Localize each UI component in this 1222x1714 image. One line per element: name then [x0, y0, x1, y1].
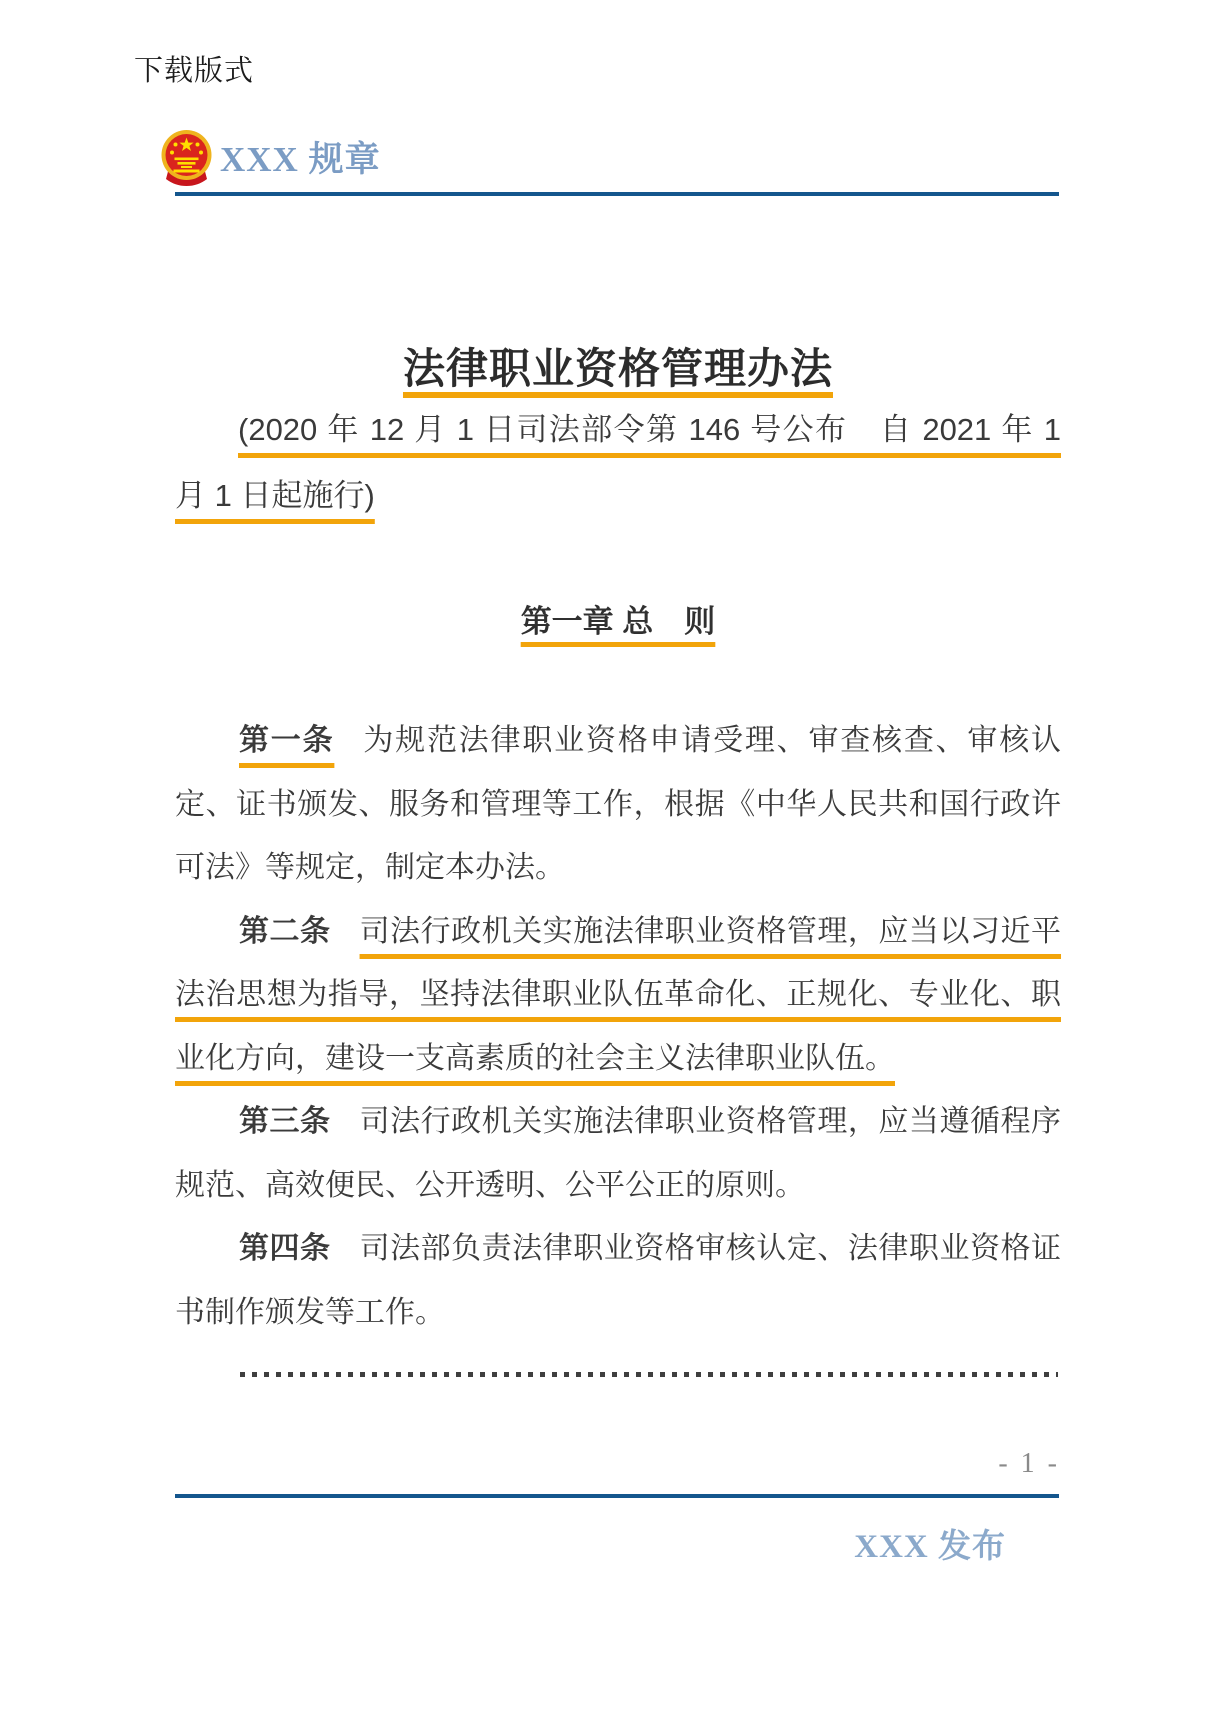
- article-1-label: 第一条: [239, 724, 334, 757]
- article-3: 第三条司法行政机关实施法律职业资格管理，应当遵循程序规范、高效便民、公开透明、公…: [175, 1090, 1061, 1217]
- chapter-heading-text: 第一章 总 则: [521, 604, 716, 639]
- document-title: 法律职业资格管理办法: [175, 336, 1061, 396]
- document-body: 第一条为规范法律职业资格申请受理、审查核查、审核认定、证书颁发、服务和管理等工作…: [175, 709, 1061, 1344]
- header-divider-line: [175, 192, 1059, 196]
- article-4-label: 第四条: [239, 1232, 331, 1265]
- national-emblem-icon: [160, 128, 213, 186]
- article-2: 第二条司法行政机关实施法律职业资格管理，应当以习近平法治思想为指导，坚持法律职业…: [175, 900, 1061, 1091]
- footer-divider-line: [175, 1494, 1059, 1498]
- article-1: 第一条为规范法律职业资格申请受理、审查核查、审核认定、证书颁发、服务和管理等工作…: [175, 709, 1061, 900]
- document-title-text: 法律职业资格管理办法: [403, 345, 833, 392]
- document-subtitle: (2020 年 12 月 1 日司法部令第 146 号公布 自 2021 年 1…: [175, 397, 1061, 529]
- article-4: 第四条司法部负责法律职业资格审核认定、法律职业资格证书制作颁发等工作。: [175, 1217, 1061, 1344]
- document-page: 下载版式 XXX 规章 法律职业资格管理办法 (2020 年 12 月 1 日司…: [0, 0, 1222, 1714]
- publisher-label: XXX 发布: [0, 1520, 1006, 1567]
- article-3-label: 第三条: [239, 1105, 331, 1138]
- chapter-heading: 第一章 总 则: [175, 596, 1061, 641]
- download-format-link[interactable]: 下载版式: [134, 48, 254, 89]
- document-header: XXX 规章: [160, 128, 381, 186]
- dotted-separator-line: [240, 1372, 1058, 1377]
- header-org-title: XXX 规章: [220, 132, 381, 182]
- page-number: - 1 -: [175, 1448, 1060, 1480]
- document-subtitle-text: (2020 年 12 月 1 日司法部令第 146 号公布 自 2021 年 1…: [175, 412, 1061, 513]
- article-2-label: 第二条: [239, 915, 331, 948]
